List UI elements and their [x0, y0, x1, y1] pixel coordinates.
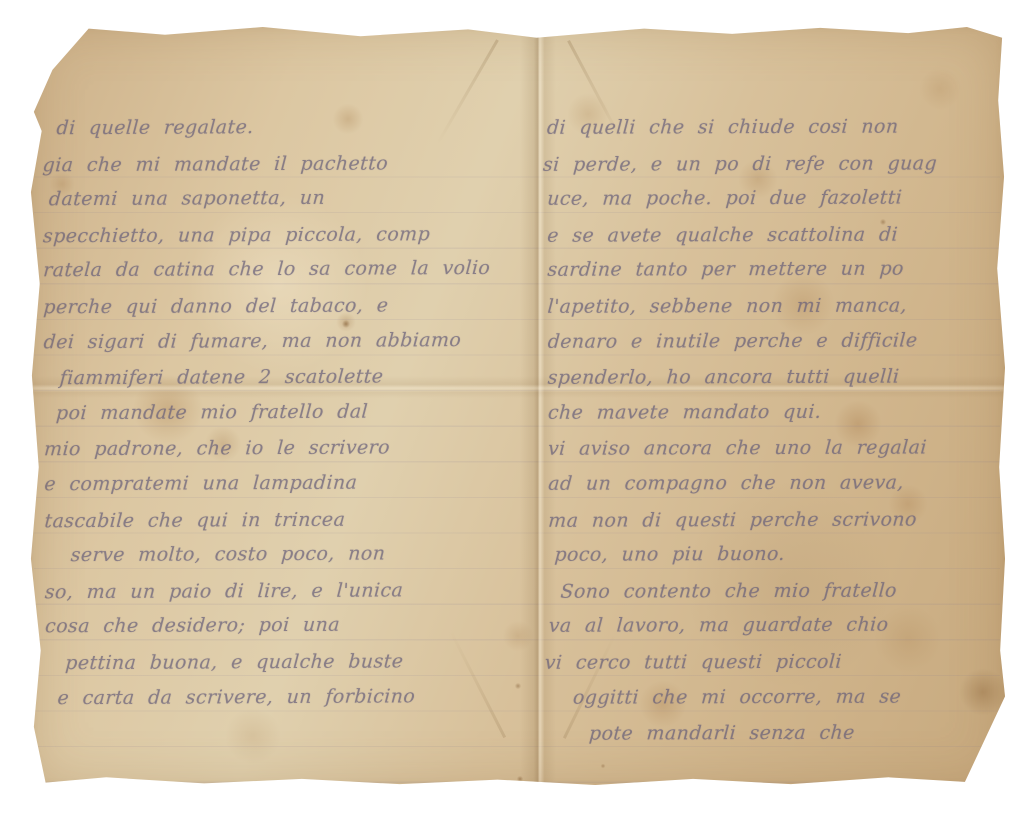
handwritten-line: ad un compagno che non aveva, [547, 465, 995, 502]
handwritten-line: tascabile che qui in trincea [43, 501, 523, 539]
handwritten-line: ma non di questi perche scrivono [547, 502, 995, 539]
handwritten-line: va al lavoro, ma guardate chio [548, 608, 996, 645]
letter-page-right: di quelli che si chiude cosi nonsi perde… [541, 109, 995, 751]
handwritten-line: vi aviso ancora che uno la regalai [547, 431, 995, 468]
handwritten-line: poi mandate mio fratello dal [55, 393, 523, 431]
handwritten-line: di quelli che si chiude cosi non [546, 109, 994, 146]
letter-paper: di quelle regalate.gia che mi mandate il… [28, 24, 1006, 788]
handwritten-line: e se avete qualche scattolina di [546, 217, 994, 254]
handwritten-line: ratela da catina che lo sa come la volio [42, 251, 522, 289]
handwritten-line: oggitti che mi occorre, ma se [572, 679, 996, 716]
handwritten-line: datemi una saponetta, un [48, 180, 522, 218]
handwritten-line: so, ma un paio di lire, e l'unica [44, 572, 524, 610]
handwritten-line: pettina buona, e qualche buste [64, 644, 524, 682]
handwritten-line: cosa che desidero; poi una [44, 607, 524, 645]
handwritten-line: serve molto, costo poco, non [70, 536, 524, 574]
handwritten-line: pote mandarli senza che [588, 715, 996, 752]
handwritten-line: dei sigari di fumare, ma non abbiamo [42, 322, 522, 360]
scanner-background: di quelle regalate.gia che mi mandate il… [0, 0, 1024, 819]
handwritten-line: di quelle regalate. [55, 109, 521, 147]
handwritten-line: l'apetito, sebbene non mi manca, [546, 288, 994, 325]
handwritten-line: e carta da scrivere, un forbicino [56, 678, 524, 716]
handwritten-line: Sono contento che mio fratello [559, 573, 995, 610]
handwritten-line: spenderlo, ho ancora tutti quelli [547, 359, 995, 396]
handwritten-line: e compratemi una lampadina [43, 465, 523, 503]
handwritten-line: che mavete mandato qui. [547, 394, 995, 431]
handwritten-line: sardine tanto per mettere un po [546, 252, 994, 289]
letter-page-left: di quelle regalate.gia che mi mandate il… [42, 109, 523, 717]
handwritten-line: denaro e inutile perche e difficile [547, 323, 995, 360]
handwritten-line: si perde, e un po di refe con guag [542, 146, 994, 183]
handwritten-line: mio padrone, che io le scrivero [43, 430, 523, 468]
handwritten-line: specchietto, una pipa piccola, comp [42, 217, 522, 255]
handwritten-line: fiammiferi datene 2 scatolette [59, 359, 523, 397]
handwritten-line: vi cerco tutti questi piccoli [544, 644, 996, 681]
handwritten-line: uce, ma poche. poi due fazoletti [546, 180, 994, 217]
handwritten-line: gia che mi mandate il pachetto [41, 145, 521, 183]
handwritten-line: poco, uno piu buono. [553, 536, 995, 573]
handwritten-line: perche qui danno del tabaco, e [42, 288, 522, 326]
